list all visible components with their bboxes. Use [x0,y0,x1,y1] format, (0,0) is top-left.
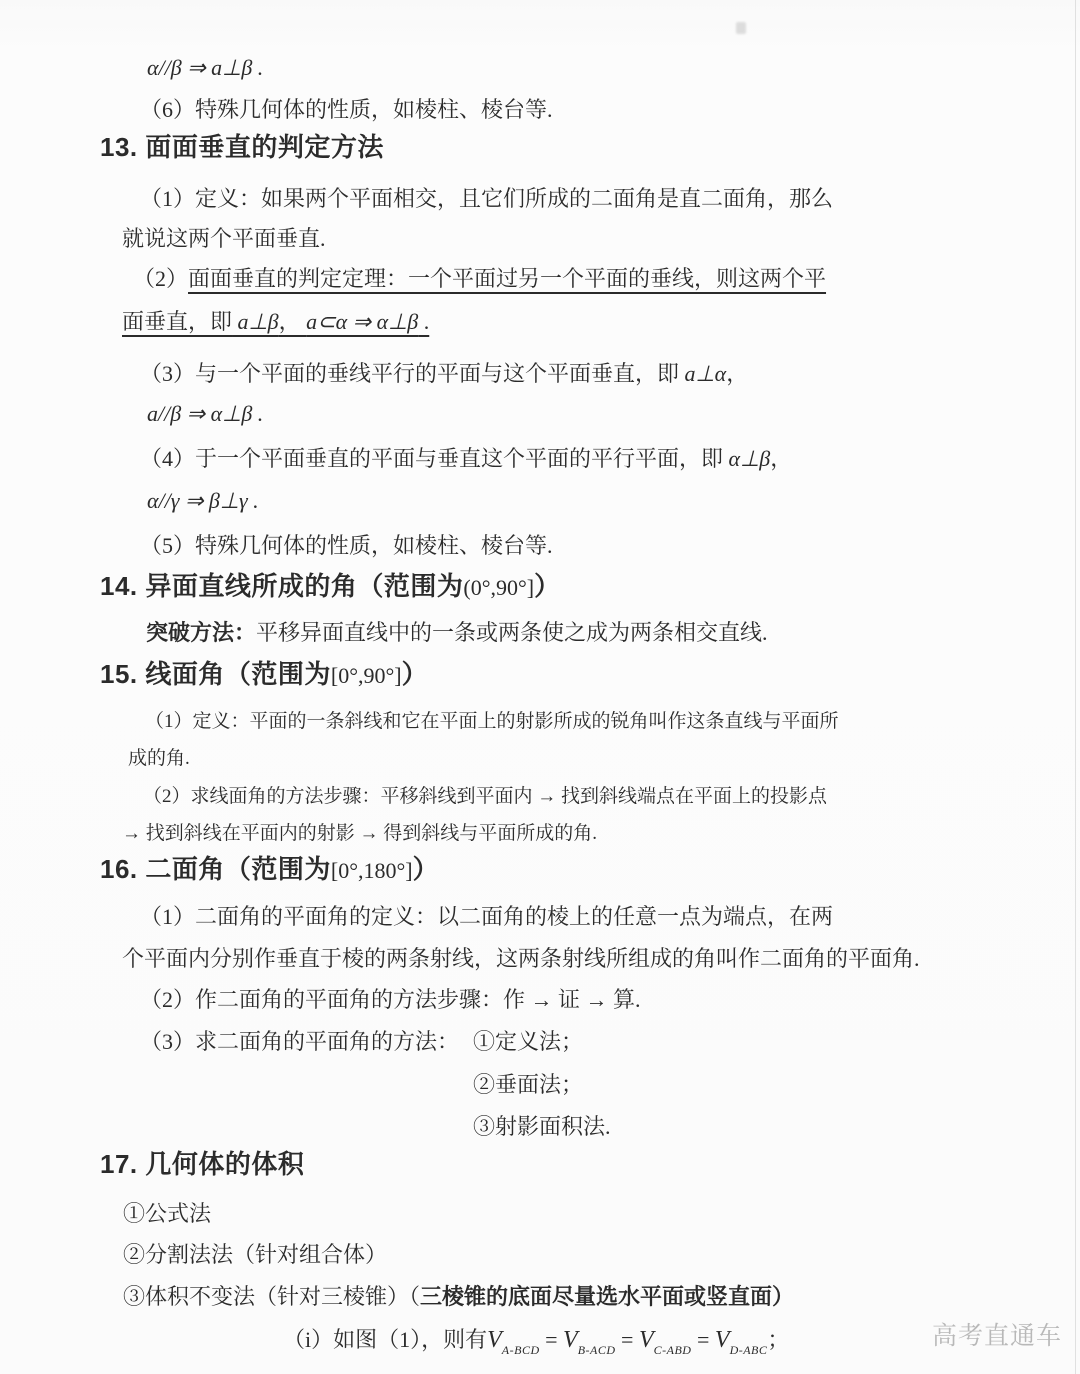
item-3-dihedral-methods: （3）求二面角的平面角的方法：①定义法； [140,1029,459,1054]
text-segment: （2） [133,266,188,291]
text-segment: ） [772,1284,794,1309]
heading-14: 14. 异面直线所成的角（范围为(0°,90°]） [100,572,561,602]
text-segment: 14. 异面直线所成的角（范围为 [100,571,463,601]
watermark: 高考直通车 [932,1316,1062,1352]
heading-16: 16. 二面角（范围为[0°,180°]） [100,855,439,885]
text-segment: D-ABC [730,1343,768,1357]
heading-17: 17. 几何体的体积 [100,1150,304,1180]
volume-method-2: ②分割法法（针对组合体） [123,1242,387,1267]
text-segment: → 找到斜线在平面内的射影 → 得到斜线与平面所成的角. [122,823,597,844]
text-segment: ） [402,659,429,689]
text-segment: 个平面内分别作垂直于棱的两条射线，这两条射线所组成的角叫作二面角的平面角. [122,946,920,971]
method-3-projection-area: ③射影面积法. [473,1114,611,1139]
text-segment: 平移异面直线中的一条或两条使之成为两条相交直线. [256,620,768,645]
text-segment: （3）求二面角的平面角的方法： [140,1029,459,1054]
text-segment: V [487,1327,502,1353]
text-segment: 就说这两个平面垂直. [122,226,326,251]
breakthrough-method: 突破方法：平移异面直线中的一条或两条使之成为两条相交直线. [146,620,768,645]
text-segment: ②垂面法； [473,1072,583,1097]
text-segment: ， [279,309,307,334]
text-segment: ） [413,854,440,884]
method-2-vertical-plane: ②垂面法； [473,1072,583,1097]
text-segment: （2）求线面角的方法步骤：平移斜线到平面内 → 找到斜线端点在平面上的投影点 [143,786,827,807]
volume-method-1: ①公式法 [123,1201,211,1226]
text-segment: a⊥β [232,309,279,334]
item-1-dihedral-cont: 个平面内分别作垂直于棱的两条射线，这两条射线所组成的角叫作二面角的平面角. [122,946,920,971]
text-segment: V [639,1327,654,1353]
text-segment: （1）定义：如果两个平面相交，且它们所成的二面角是直二面角，那么 [140,186,833,211]
text-segment: V [715,1327,730,1353]
item-5-special-solids: （5）特殊几何体的性质，如棱柱、棱台等. [140,533,553,558]
text-segment: = [540,1327,563,1352]
text-segment: a//β ⇒ α⊥β . [147,401,263,426]
text-segment: （5）特殊几何体的性质，如棱柱、棱台等. [140,533,553,558]
volume-method-3: ③体积不变法（针对三棱锥）（三棱锥的底面尽量选水平面或竖直面） [123,1284,794,1309]
heading-13: 13. 面面垂直的判定方法 [100,133,384,163]
item-4-formula: α//γ ⇒ β⊥γ . [147,488,259,513]
item-1-plane-plane-def: （1）定义：如果两个平面相交，且它们所成的二面角是直二面角，那么 [140,186,833,211]
item-2-line-plane-steps: （2）求线面角的方法步骤：平移斜线到平面内 → 找到斜线端点在平面上的投影点 [143,786,827,808]
item-1-plane-plane-cont: 就说这两个平面垂直. [122,226,326,251]
text-segment: 17. 几何体的体积 [100,1149,304,1179]
text-segment: = [616,1327,639,1352]
scan-edge-artifact [1075,0,1076,1374]
text-segment: ②分割法法（针对组合体） [123,1242,387,1267]
item-2-theorem: （2）面面垂直的判定定理：一个平面过另一个平面的垂线，则这两个平 [133,266,826,291]
item-3-formula: a//β ⇒ α⊥β . [147,401,263,426]
text-segment: ③射影面积法. [473,1114,611,1139]
text-segment: a⊂α ⇒ α⊥β [306,309,418,334]
text-segment: （3）与一个平面的垂线平行的平面与这个平面垂直，即 [140,361,679,386]
text-segment: α//γ ⇒ β⊥γ . [147,488,259,513]
item-1-dihedral-def: （1）二面角的平面角的定义：以二面角的棱上的任意一点为端点，在两 [140,904,833,929]
text-segment: ①定义法； [473,1029,583,1054]
text-segment: a⊥α [679,361,726,386]
item-4-perp-parallel-plane: （4）于一个平面垂直的平面与垂直这个平面的平行平面，即 α⊥β， [140,446,792,471]
item-2-theorem-cont: 面垂直，即 a⊥β， a⊂α ⇒ α⊥β . [122,309,429,334]
text-segment: （1）定义：平面的一条斜线和它在平面上的射影所成的锐角叫作这条直线与平面所 [145,711,839,732]
text-segment: 面面垂直的判定定理：一个平面过另一个平面的垂线，则这两个平 [188,266,826,291]
text-segment: （1）二面角的平面角的定义：以二面角的棱上的任意一点为端点，在两 [140,904,833,929]
item-2-line-plane-steps-cont: → 找到斜线在平面内的射影 → 得到斜线与平面所成的角. [122,823,597,845]
text-segment: 13. 面面垂直的判定方法 [100,132,384,162]
text-segment: . [418,309,429,334]
text-segment: [0°,180°] [331,858,413,883]
text-segment: 成的角. [128,748,190,769]
item-1-line-plane-cont: 成的角. [128,748,190,770]
text-segment: C-ABD [654,1343,692,1357]
text-segment: 面垂直，即 [122,309,232,334]
text-segment: 突破方法： [146,620,256,645]
text-segment: ） [534,571,561,601]
text-segment: [0°,90°] [331,663,402,688]
text-segment: ； [767,1327,789,1352]
text-segment: 15. 线面角（范围为 [100,659,331,689]
text-segment: A-BCD [502,1343,540,1357]
text-segment: ③体积不变法（针对三棱锥）（ [123,1284,420,1309]
text-segment: （2）作二面角的平面角的方法步骤：作 → 证 → 算. [140,987,641,1012]
text-segment: （6）特殊几何体的性质，如棱柱、棱台等. [140,97,553,122]
text-segment: V [563,1327,578,1353]
text-segment: B-ACD [578,1343,616,1357]
document-page: α//β ⇒ a⊥β .（6）特殊几何体的性质，如棱柱、棱台等.13. 面面垂直… [0,0,1080,1374]
text-segment: ， [726,361,748,386]
item-1-line-plane-def: （1）定义：平面的一条斜线和它在平面上的射影所成的锐角叫作这条直线与平面所 [145,711,839,733]
heading-15: 15. 线面角（范围为[0°,90°]） [100,660,428,690]
scan-smudge-artifact [736,22,746,34]
text-segment: ， [770,446,792,471]
formula-alpha-parallel-beta: α//β ⇒ a⊥β . [147,55,263,80]
text-segment: α⊥β [723,446,770,471]
text-segment: (0°,90°] [463,575,534,600]
text-segment: α//β ⇒ a⊥β . [147,55,263,80]
text-segment: 三棱锥的底面尽量选水平面或竖直面 [420,1284,772,1309]
item-3-perp-parallel: （3）与一个平面的垂线平行的平面与这个平面垂直，即 a⊥α， [140,361,748,386]
text-segment: ①公式法 [123,1201,211,1226]
text-segment: 16. 二面角（范围为 [100,854,331,884]
item-2-dihedral-steps: （2）作二面角的平面角的方法步骤：作 → 证 → 算. [140,987,641,1012]
item-6-special-solids: （6）特殊几何体的性质，如棱柱、棱台等. [140,97,553,122]
text-segment: = [691,1327,714,1352]
text-segment: （i）如图（1），则有 [283,1327,487,1352]
text-segment: （4）于一个平面垂直的平面与垂直这个平面的平行平面，即 [140,446,723,471]
volume-example-i: （i）如图（1），则有VA-BCD = VB-ACD = VC-ABD = VD… [283,1327,789,1358]
